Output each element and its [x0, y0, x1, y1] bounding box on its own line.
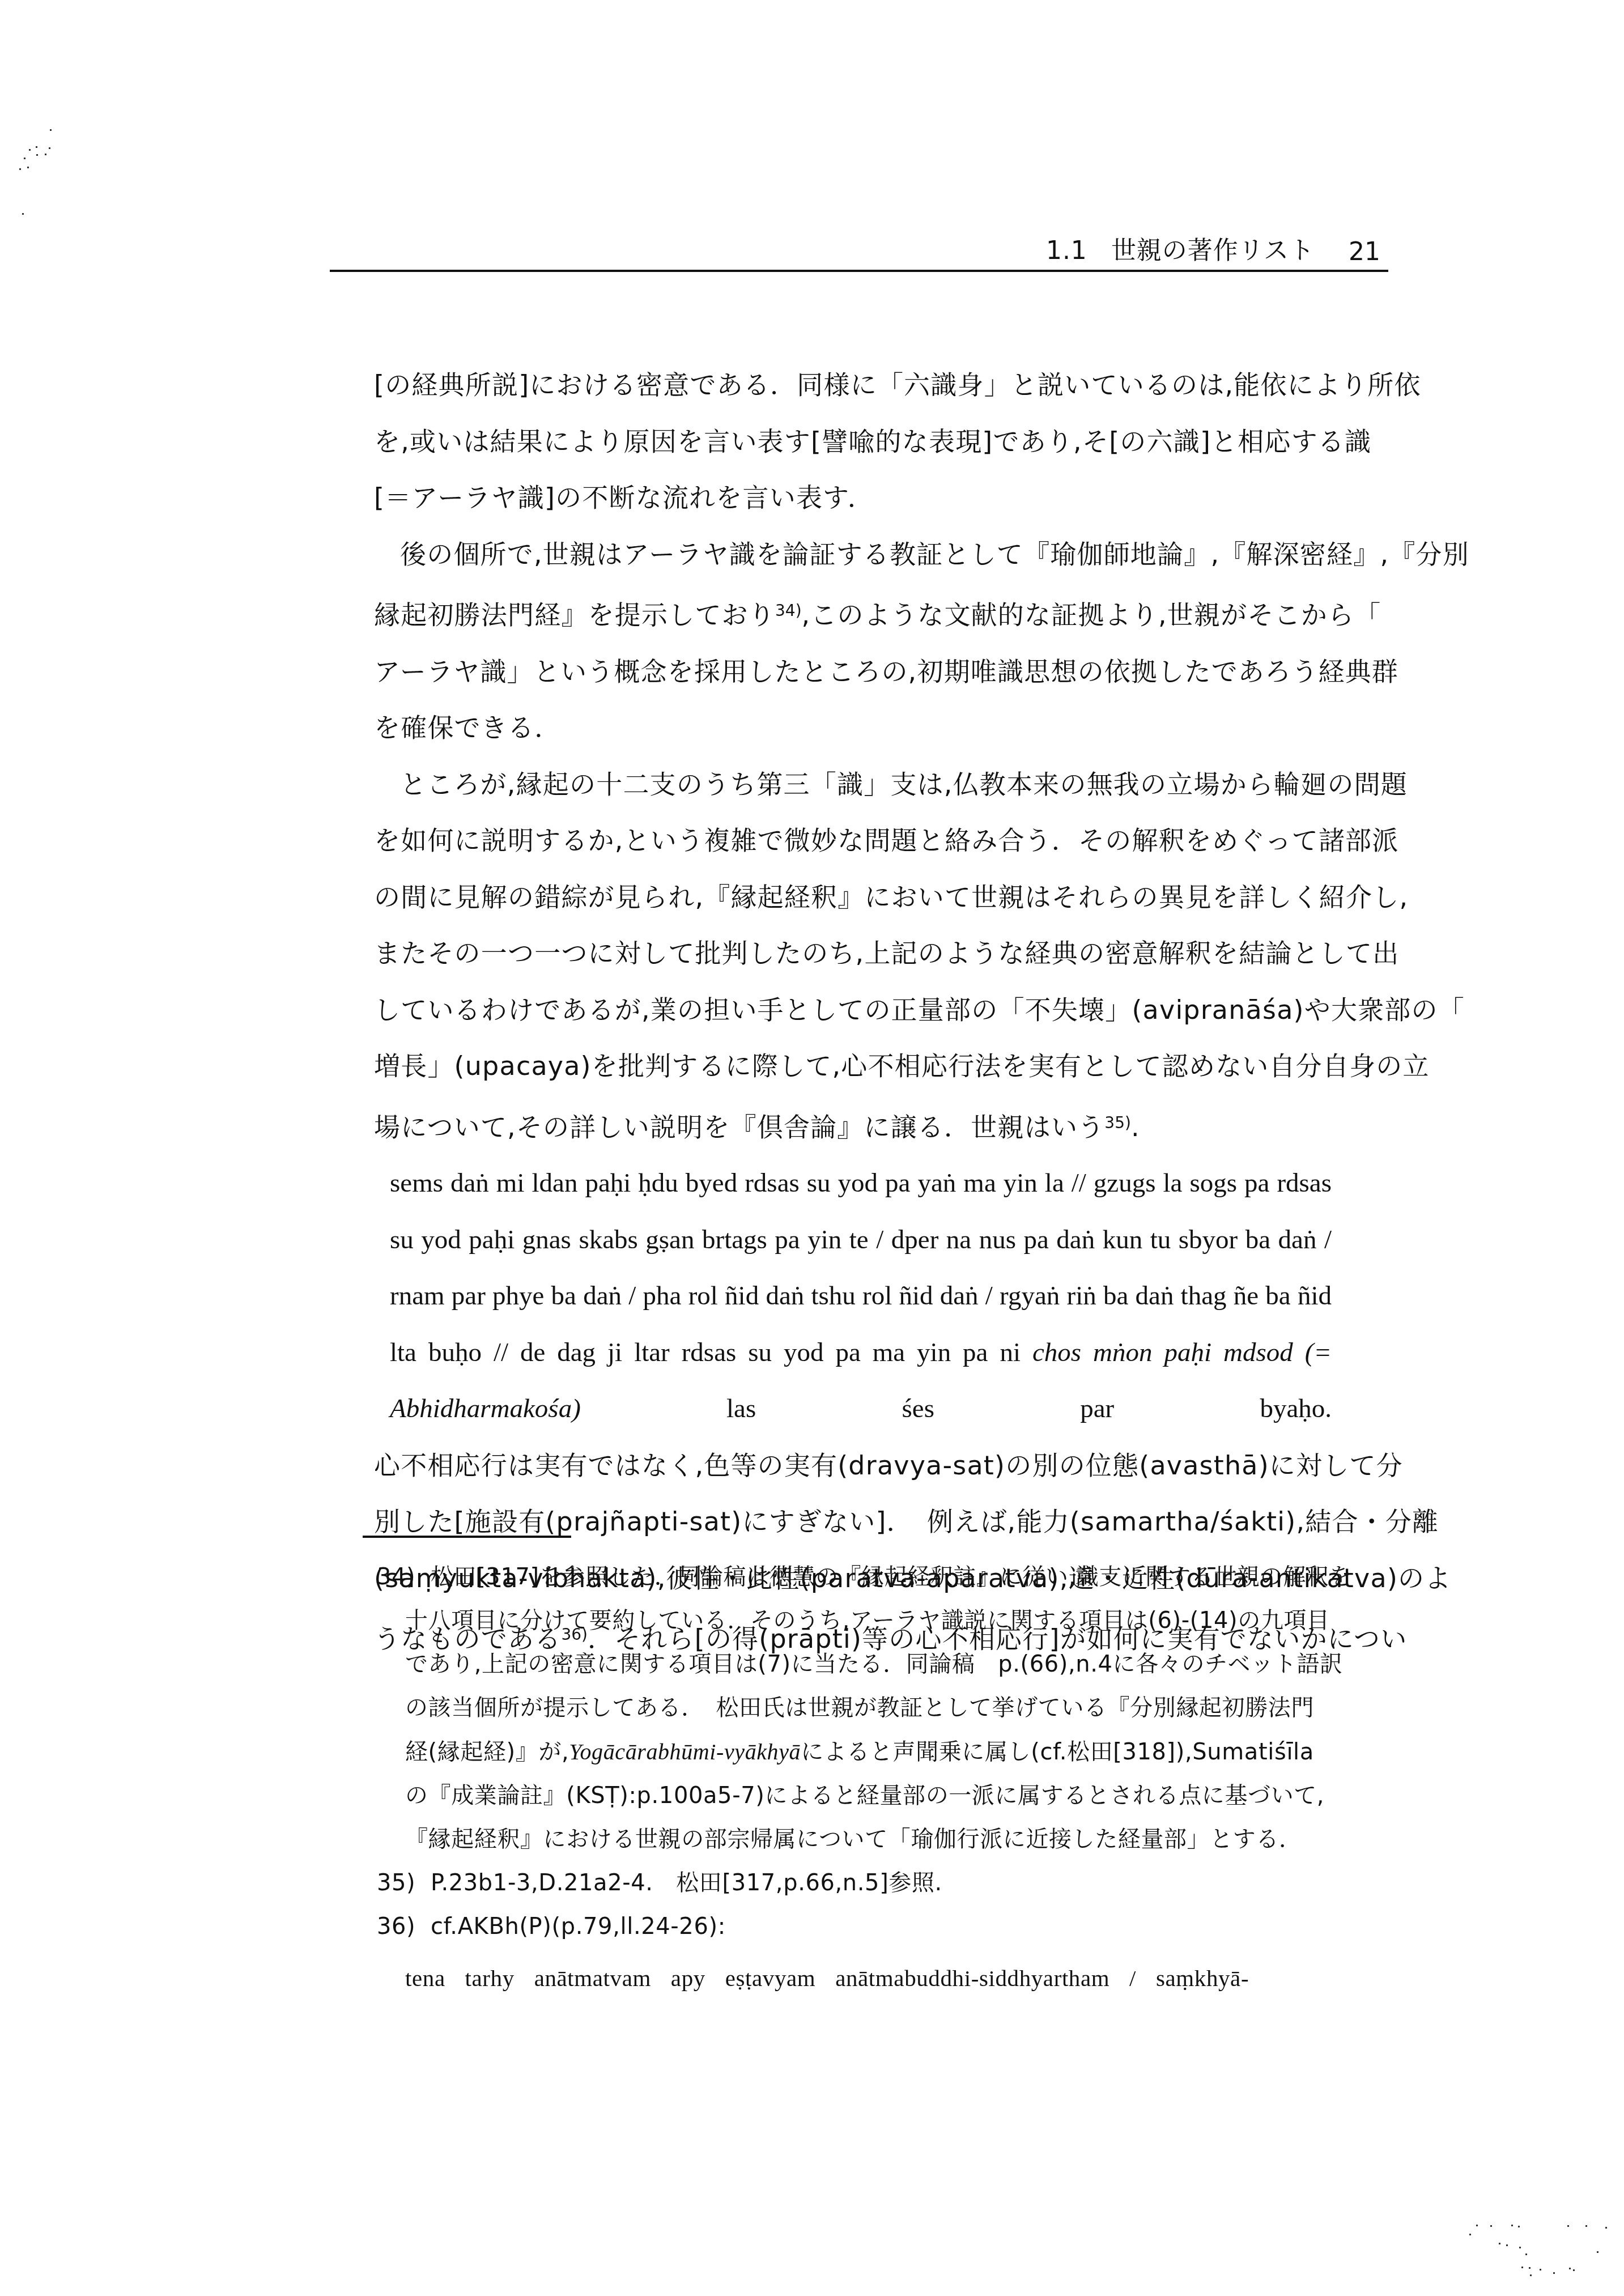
footnote-line: の該当個所が提示してある． 松田氏は世親が教証として挙げている『分別縁起初勝法門	[377, 1686, 1380, 1730]
speck	[1469, 2234, 1471, 2235]
speck	[1585, 2225, 1587, 2227]
speck	[22, 213, 24, 215]
speck	[49, 147, 50, 149]
text-fragment: .	[1131, 1112, 1140, 1142]
footnotes: 34) 松田[317]を参照した．同論稿は徳慧の『縁起経釈註』に従い,識支に関す…	[377, 1555, 1380, 2000]
text-line: [＝アーラヤ識]の不断な流れを言い表す．	[374, 470, 1332, 526]
speck	[1499, 2243, 1500, 2244]
text-fragment: 縁起初勝法門経』を提示しており	[374, 599, 775, 630]
footnote-text: cf.AKBh(P)(p.79,ll.24-26):	[431, 1914, 726, 1940]
speck	[1518, 2226, 1520, 2227]
speck	[1605, 2227, 1607, 2229]
speck	[1476, 2225, 1478, 2226]
text-line: しているわけであるが,業の担い手としての正量部の「不失壊」(avipranāśa…	[374, 982, 1332, 1039]
speck	[29, 149, 31, 151]
footnote-line: 十八項目に分けて要約している．そのうち,アーラヤ識説に関する項目は(6)-(14…	[377, 1599, 1380, 1643]
footnote-line: 『縁起経釈』における世親の部宗帰属について「瑜伽行派に近接した経量部」とする．	[377, 1818, 1380, 1861]
sanskrit-quote: tena tarhy anātmatvam apy eṣṭavyam anātm…	[377, 1957, 1380, 2000]
text-line: またその一つ一つに対して批判したのち,上記のような経典の密意解釈を結論として出	[374, 925, 1332, 982]
footnote-line: であり,上記の密意に関する項目は(7)に当たる．同論稿 p.(66),n.4に各…	[377, 1643, 1380, 1686]
translation-line: 別した[施設有(prajñapti-sat)にすぎない]． 例えば,能力(sam…	[374, 1494, 1332, 1550]
speck	[1506, 2244, 1508, 2246]
text-fragment: 場について,その詳しい説明を『倶舎論』に譲る．世親はいう	[374, 1112, 1104, 1142]
section-title: 世親の著作リスト	[1111, 236, 1315, 265]
text-fragment: 経(縁起経)』が,	[405, 1739, 569, 1765]
speck	[27, 167, 29, 168]
main-text: [の経典所説]における密意である．同様に「六識身」と説いているのは,能依により所…	[374, 357, 1332, 1668]
speck	[1567, 2225, 1569, 2227]
speck	[1511, 2225, 1513, 2226]
speck	[36, 146, 37, 148]
speck	[45, 154, 46, 155]
tibetan-quote: sems daṅ mi ldan paḥi ḥdu byed rdsas su …	[374, 1155, 1332, 1438]
text-line: アーラヤ識」という概念を採用したところの,初期唯識思想の依拠したであろう経典群	[374, 644, 1332, 700]
footnote-ref-34[interactable]: 34)	[775, 601, 802, 620]
running-title: 1.1世親の著作リスト	[1046, 230, 1315, 266]
footnote-text: P.23b1-3,D.21a2-4. 松田[317,p.66,n.5]参照.	[431, 1870, 942, 1896]
text-line: を如何に説明するか,という複雑で微妙な問題と絡み合う．その解釈をめぐって諸部派	[374, 813, 1332, 869]
footnote-35: 35) P.23b1-3,D.21a2-4. 松田[317,p.66,n.5]参…	[377, 1861, 1380, 1905]
speck	[1597, 2251, 1599, 2253]
footnote-number: 36)	[377, 1914, 415, 1940]
footnote-number: 35)	[377, 1870, 415, 1896]
text-fragment: ,このような文献的な証拠より,世親がそこから「	[802, 599, 1381, 630]
text-line: を,或いは結果により原因を言い表す[譬喩的な表現]であり,そ[の六識]と相応する…	[374, 414, 1332, 470]
speck	[1521, 2267, 1523, 2268]
speck	[1490, 2225, 1492, 2227]
footnote-line: 経(縁起経)』が,Yogācārabhūmi-vyākhyāによると声聞乗に属し…	[377, 1730, 1380, 1774]
speck	[50, 129, 52, 131]
speck	[1540, 2269, 1541, 2271]
text-line: の間に見解の錯綜が見られ,『縁起経釈』において世親はそれらの異見を詳しく紹介し,	[374, 869, 1332, 926]
footnote-36: 36) cf.AKBh(P)(p.79,ll.24-26):	[377, 1905, 1380, 1949]
speck	[1530, 2274, 1532, 2276]
footnote-text: 松田[317]を参照した．同論稿は徳慧の『縁起経釈註』に従い,識支に関する世親の…	[431, 1564, 1352, 1590]
tibetan-text: las śes par byaḥo.	[726, 1394, 1332, 1423]
italic-title: Yogācārabhūmi-vyākhyā	[569, 1739, 801, 1764]
page-header: 1.1世親の著作リスト 21	[330, 227, 1388, 272]
text-line: [の経典所説]における密意である．同様に「六識身」と説いているのは,能依により所…	[374, 357, 1332, 414]
text-line: を確保できる．	[374, 700, 1332, 756]
page-number: 21	[1349, 237, 1380, 266]
speck	[24, 158, 25, 159]
speck	[19, 168, 21, 170]
speck	[1573, 2269, 1575, 2271]
speck	[36, 154, 38, 156]
speck	[1569, 2268, 1571, 2269]
footnote-separator	[363, 1536, 571, 1538]
footnote-line: の『成業論註』(KSṬ):p.100a5-7)によると経量部の一派に属するとされ…	[377, 1774, 1380, 1818]
text-fragment: によると声聞乗に属し(cf.松田[318]),Sumatiśīla	[801, 1739, 1314, 1765]
footnote-ref-35[interactable]: 35)	[1104, 1113, 1131, 1132]
text-line: 増長」(upacaya)を批判するに際して,心不相応行法を実有として認めない自分…	[374, 1038, 1332, 1095]
speck	[1529, 2267, 1531, 2269]
footnote-34: 34) 松田[317]を参照した．同論稿は徳慧の『縁起経釈註』に従い,識支に関す…	[377, 1555, 1380, 1599]
speck	[1553, 2272, 1555, 2274]
speck	[1519, 2247, 1521, 2248]
translation-line: 心不相応行は実有ではなく,色等の実有(dravya-sat)の別の位態(avas…	[374, 1438, 1332, 1494]
text-line: 場について,その詳しい説明を『倶舎論』に譲る．世親はいう35).	[374, 1095, 1332, 1156]
text-line: ところが,縁起の十二支のうち第三「識」支は,仏教本来の無我の立場から輪廻の問題	[374, 756, 1332, 813]
section-number: 1.1	[1046, 236, 1087, 265]
text-line: 後の個所で,世親はアーラヤ識を論証する教証として『瑜伽師地論』,『解深密経』,『…	[374, 526, 1332, 583]
speck	[1525, 2254, 1527, 2255]
footnote-number: 34)	[377, 1564, 415, 1590]
text-line: 縁起初勝法門経』を提示しており34),このような文献的な証拠より,世親がそこから…	[374, 582, 1332, 644]
